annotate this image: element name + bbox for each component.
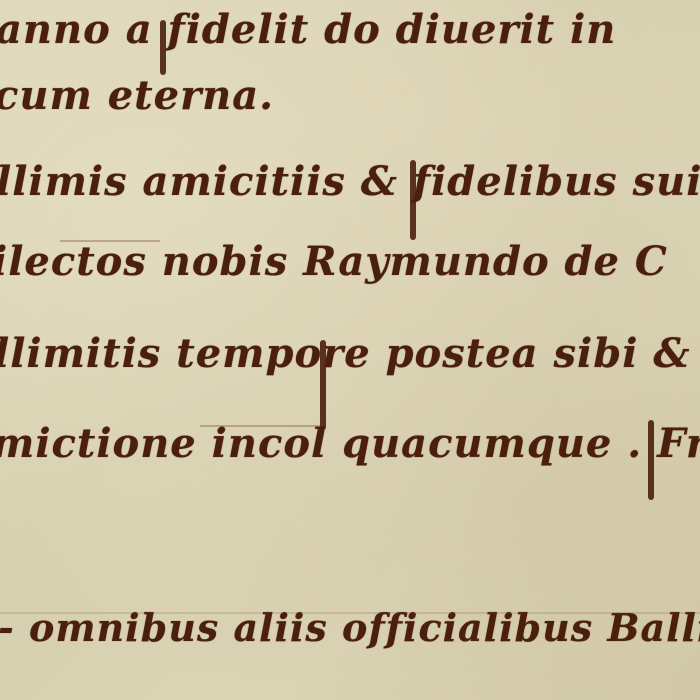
manuscript-line-3: llimis amicitiis & fidelibus suis xyxy=(0,158,700,205)
manuscript-line-5: llimitis tempore postea sibi & B xyxy=(0,330,700,377)
descender-stroke xyxy=(648,420,654,500)
manuscript-line-2: cum eterna. xyxy=(0,72,274,119)
underline-rule xyxy=(60,240,160,242)
manuscript-line-1: anno a fidelit do diuerit in xyxy=(0,6,616,53)
descender-stroke xyxy=(410,160,416,240)
descender-stroke xyxy=(320,340,326,430)
descender-stroke xyxy=(160,20,166,75)
manuscript-line-6: mictione incol quacumque . Fr xyxy=(0,420,700,467)
overline-rule xyxy=(200,425,320,427)
manuscript-line-4: ilectos nobis Raymundo de C xyxy=(0,238,668,285)
line-rule xyxy=(0,612,700,614)
manuscript-page: anno a fidelit do diuerit in cum eterna.… xyxy=(0,0,700,700)
